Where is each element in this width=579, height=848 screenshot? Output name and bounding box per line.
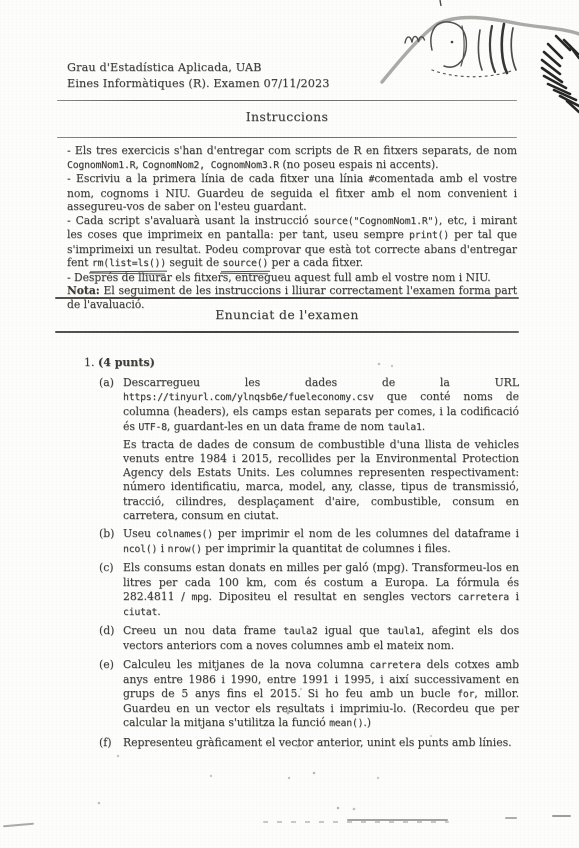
item-label: (c) (99, 561, 116, 620)
item-label: (f) (99, 736, 116, 750)
item-body: Calculeu les mitjanes de la nova columna… (123, 658, 519, 732)
item-text: Descarregueu les dades de la URL https:/… (123, 376, 519, 435)
item-text: Useu colnames() per imprimir el nom de l… (123, 527, 519, 557)
instruction-paragraph: - Els tres exercicis s'han d'entregar co… (67, 144, 517, 172)
scan-artifact-dashes (263, 821, 449, 823)
item-text: Representeu gràficament el vector anteri… (123, 736, 519, 750)
question-points: (4 punts) (98, 356, 155, 369)
item-label: (d) (99, 624, 116, 653)
instruction-paragraph: - Cada script s'avaluarà usant la instru… (67, 214, 517, 271)
question-1-items: (a) Descarregueu les dades de la URL htt… (99, 376, 519, 754)
scan-artifact-dash (552, 815, 571, 817)
instructions-block: - Els tres exercicis s'han d'entregar co… (67, 144, 517, 311)
item-body: Descarregueu les dades de la URL https:/… (123, 376, 519, 523)
item-text: Els consums estan donats en milles per g… (123, 561, 519, 620)
scanned-exam-page: Grau d'Estadística Aplicada, UAB Eines I… (0, 0, 579, 848)
item-label: (b) (99, 527, 116, 557)
item-body: Representeu gràficament el vector anteri… (123, 736, 519, 750)
horizontal-rule (57, 137, 517, 138)
list-item: (f) Representeu gràficament el vector an… (99, 736, 519, 750)
item-label: (a) (99, 376, 116, 523)
item-subtext: Es tracta de dades de consum de combusti… (123, 438, 519, 523)
scan-artifact-line (3, 823, 34, 828)
list-item: (b) Useu colnames() per imprimir el nom … (99, 527, 519, 557)
question-1-heading: 1. (4 punts) (84, 356, 155, 369)
horizontal-rule-thick (55, 331, 519, 333)
item-text: Calculeu les mitjanes de la nova columna… (123, 658, 519, 732)
item-body: Creeu un nou data frame taula2 igual que… (123, 624, 519, 653)
list-item: (d) Creeu un nou data frame taula2 igual… (99, 624, 519, 653)
header-course: Grau d'Estadística Aplicada, UAB (67, 60, 330, 76)
item-body: Useu colnames() per imprimir el nom de l… (123, 527, 519, 557)
document-header: Grau d'Estadística Aplicada, UAB Eines I… (67, 60, 330, 91)
scan-noise-specks (0, 0, 2, 2)
list-item: (e) Calculeu les mitjanes de la nova col… (99, 658, 519, 732)
list-item: (c) Els consums estan donats en milles p… (99, 561, 519, 620)
item-body: Els consums estan donats en milles per g… (123, 561, 519, 620)
exam-title: Enunciat de l'examen (57, 307, 517, 322)
item-label: (e) (99, 658, 116, 732)
item-text: Creeu un nou data frame taula2 igual que… (123, 624, 519, 653)
header-subject-date: Eines Informàtiques (R). Examen 07/11/20… (67, 76, 330, 92)
instruction-paragraph: - Escriviu a la primera línia de cada fi… (67, 172, 517, 214)
scan-artifact-line (347, 819, 448, 821)
pen-scribble-hatch (542, 36, 579, 112)
scan-artifact-dash (505, 817, 517, 819)
list-item: (a) Descarregueu les dades de la URL htt… (99, 376, 519, 523)
handwritten-doodle-icon (380, 0, 579, 130)
horizontal-rule-thick (55, 297, 519, 299)
question-number: 1. (84, 356, 95, 369)
